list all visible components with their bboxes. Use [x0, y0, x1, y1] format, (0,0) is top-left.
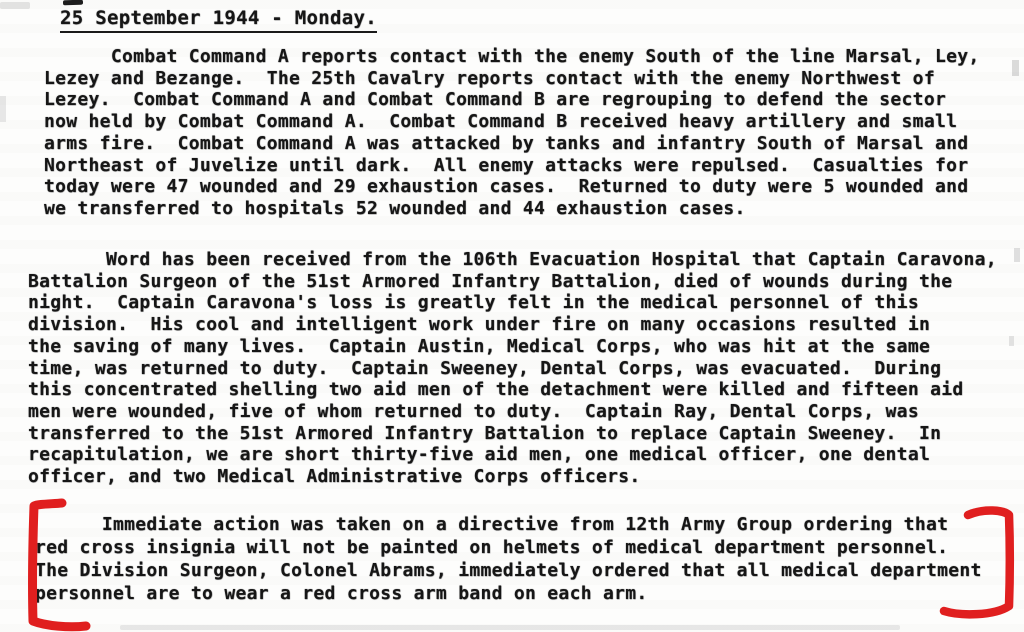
- scan-artifact-top-band: [0, 2, 30, 9]
- scan-artifact-left-smudge: [0, 96, 6, 122]
- red-bracket-left-stroke: [33, 503, 86, 627]
- paragraph-red-cross-directive: Immediate action was taken on a directiv…: [35, 513, 982, 605]
- paragraph-medical-casualties-report: Word has been received from the 106th Ev…: [28, 249, 997, 488]
- red-annotation-bracket-right: [936, 502, 1022, 626]
- scan-artifact-right-tick-3: [1009, 336, 1014, 346]
- scan-artifact-bottom-band: [120, 625, 900, 630]
- red-annotation-bracket-left: [22, 495, 96, 632]
- scan-artifact-right-tick-1: [1012, 60, 1019, 76]
- red-bracket-right-stroke: [944, 510, 1010, 614]
- scanned-document-page: 25 September 1944 - Monday. Combat Comma…: [0, 0, 1024, 632]
- scan-artifact-right-tick-2: [1014, 248, 1020, 262]
- date-heading: 25 September 1944 - Monday.: [60, 6, 377, 33]
- scan-artifact-top-dash: [63, 0, 83, 5]
- paragraph-combat-command-report: Combat Command A reports contact with th…: [44, 46, 980, 220]
